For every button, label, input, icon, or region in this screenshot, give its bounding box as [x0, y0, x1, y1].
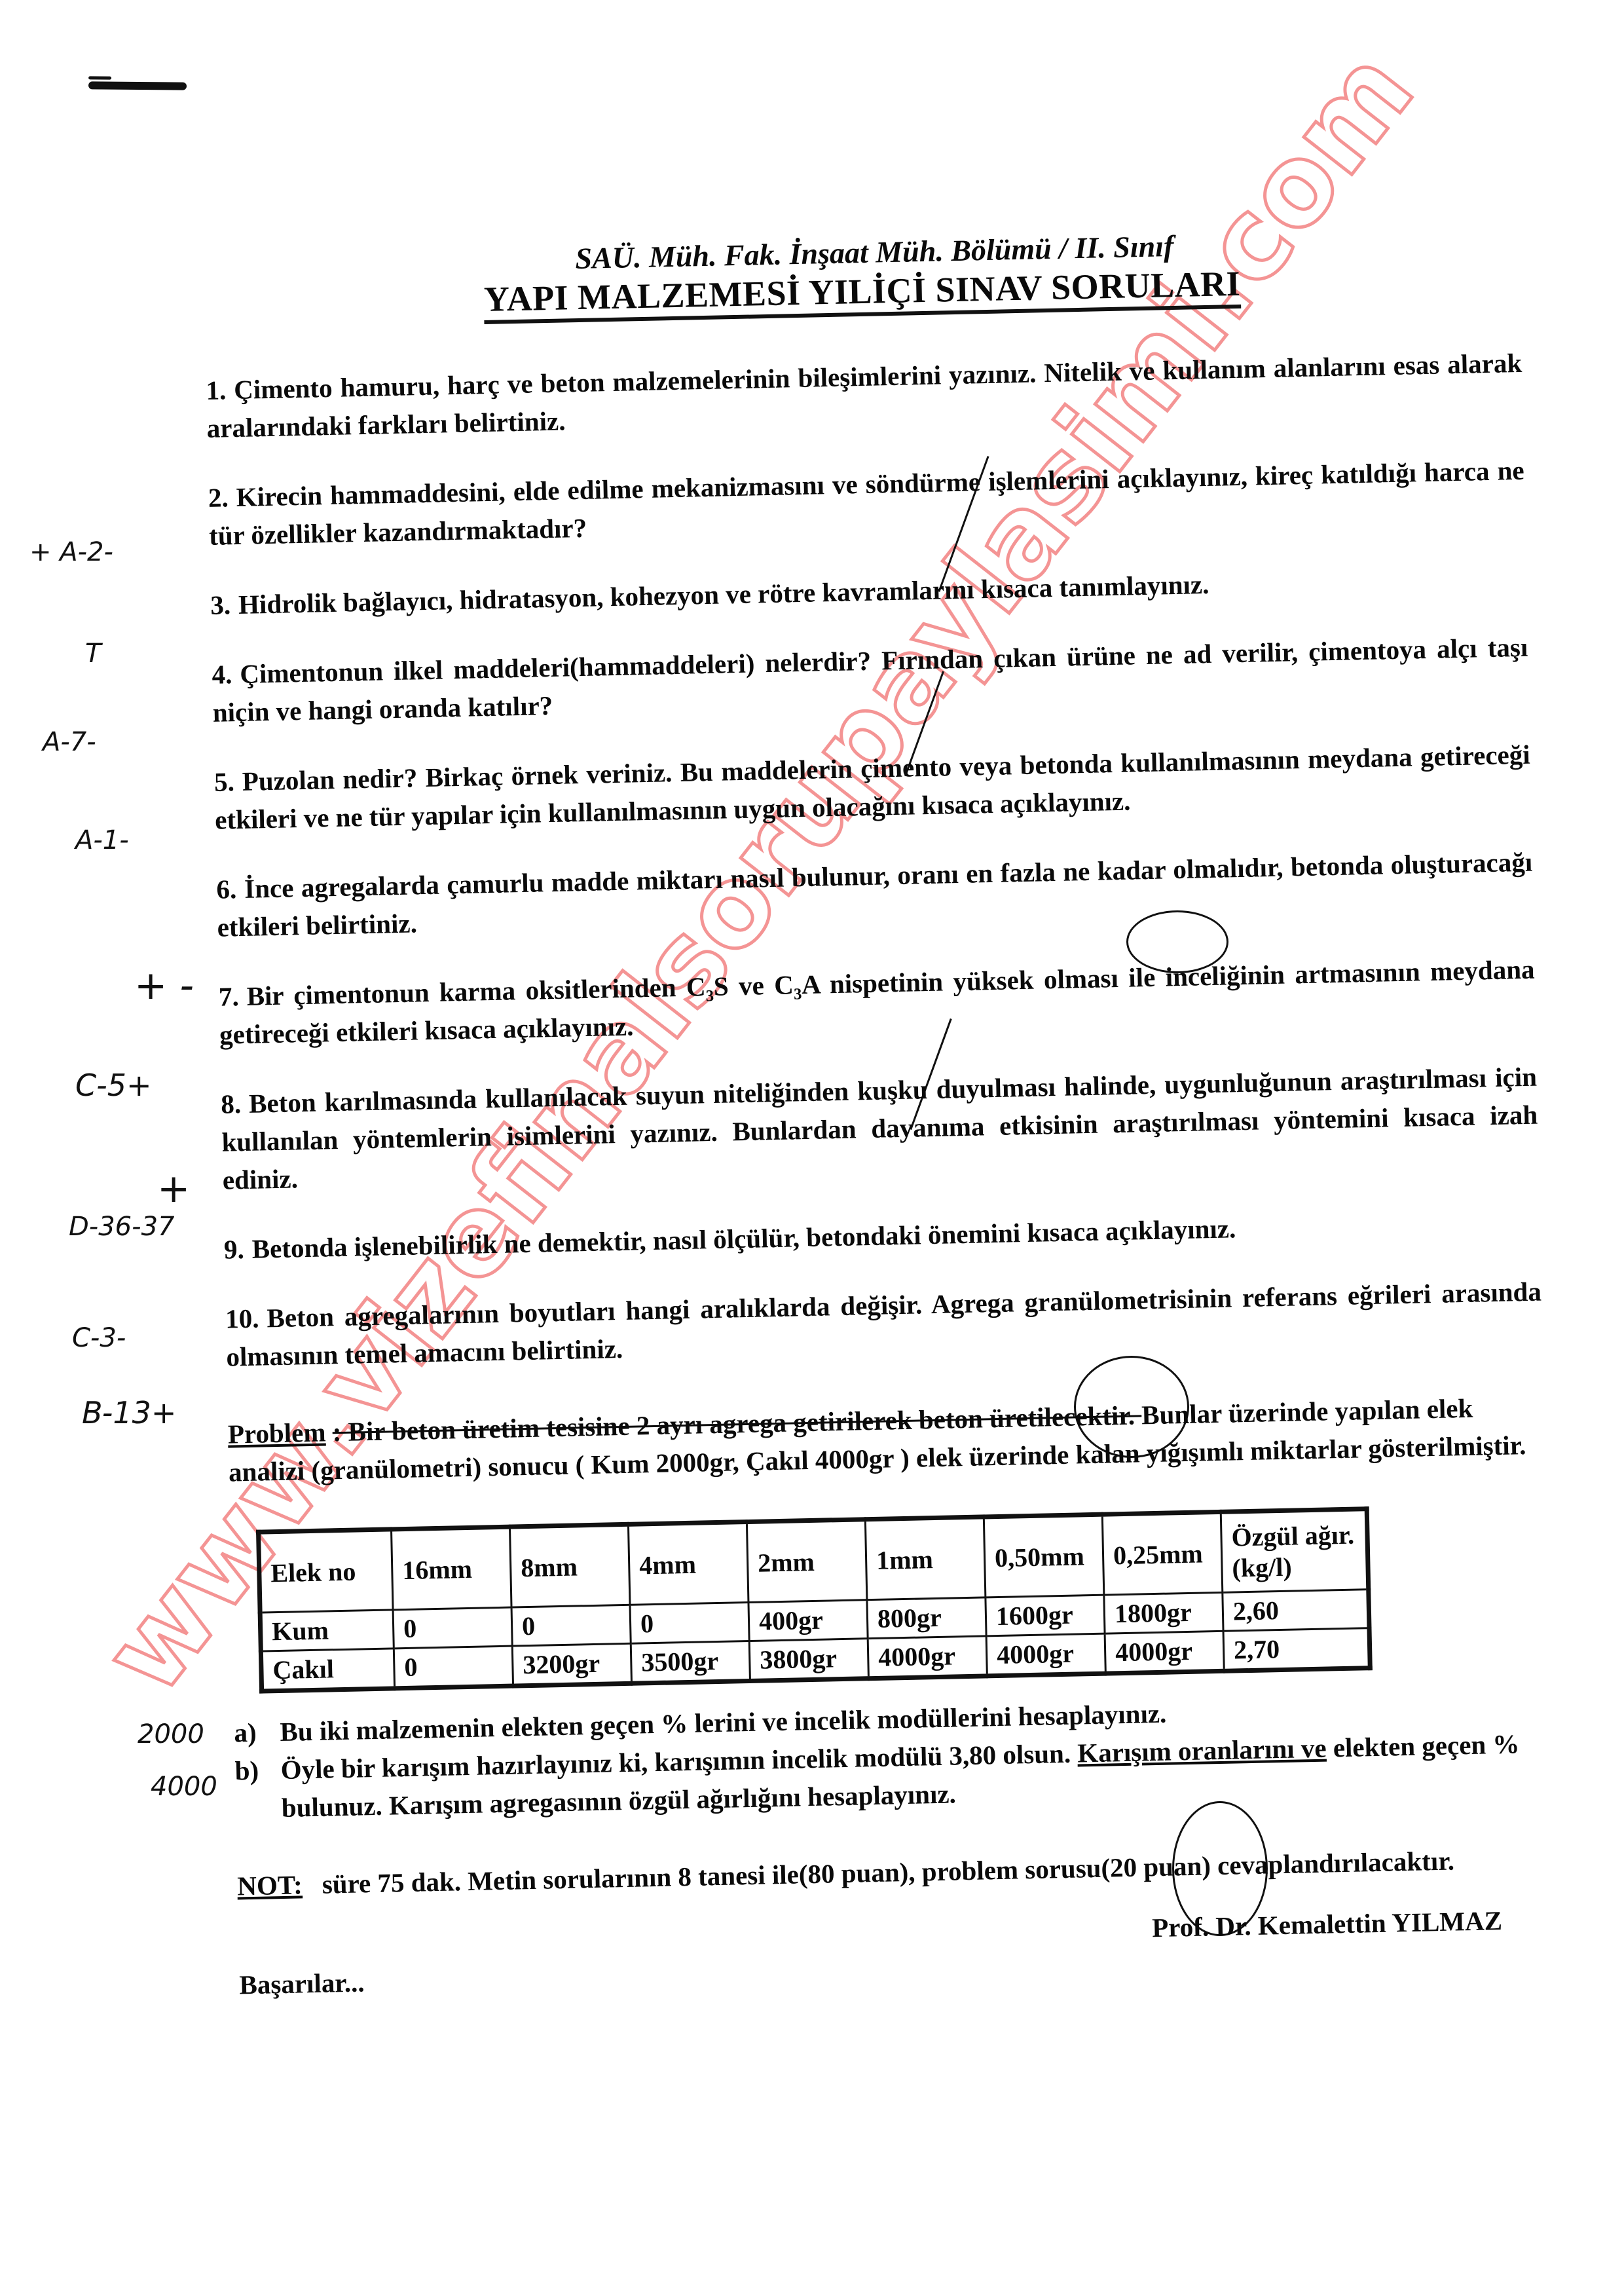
handwritten-note: C-5+ — [75, 1068, 152, 1103]
table-cell: 2,70 — [1223, 1628, 1370, 1671]
sieve-analysis-table: Elek no 16mm 8mm 4mm 2mm 1mm 0,50mm 0,25… — [256, 1506, 1373, 1694]
table-cell: 4000gr — [868, 1636, 987, 1679]
scan-artifact — [88, 81, 187, 90]
table-header: 8mm — [509, 1524, 630, 1607]
handwritten-note: D-36-37 — [69, 1212, 174, 1242]
handwritten-note: + — [157, 1166, 190, 1212]
question-5: 5.Puzolan nedir? Birkaç örnek veriniz. B… — [213, 736, 1531, 839]
table-cell: 0 — [630, 1603, 749, 1644]
problem-label: Problem — [227, 1417, 325, 1449]
exam-content: SAÜ. Müh. Fak. İnşaat Müh. Bölümü / II. … — [203, 221, 1556, 2001]
table-cell: 3200gr — [512, 1643, 631, 1686]
handwritten-note: T — [85, 639, 101, 669]
table-cell: 0 — [394, 1646, 513, 1689]
question-6: 6.İnce agregalarda çamurlu madde miktarı… — [216, 843, 1534, 946]
question-9: 9.Betonda işlenebilirlik ne demektir, na… — [223, 1203, 1540, 1269]
question-3: 3.Hidrolik bağlayıcı, hidratasyon, kohez… — [210, 559, 1527, 624]
table-cell: 4000gr — [986, 1633, 1105, 1676]
problem-tasks: a) Bu iki malzemenin elekten geçen % ler… — [234, 1686, 1552, 1827]
handwritten-note: 4000 — [151, 1772, 217, 1802]
table-cell: 0 — [511, 1605, 631, 1646]
question-10: 10.Beton agregalarının boyutları hangi a… — [225, 1273, 1543, 1376]
table-header: 4mm — [628, 1522, 748, 1605]
note-label: NOT: — [237, 1869, 303, 1901]
table-cell: 3800gr — [749, 1639, 868, 1681]
table-cell: Kum — [260, 1610, 394, 1651]
table-header: 1mm — [865, 1517, 986, 1600]
table-header: 0,25mm — [1102, 1512, 1223, 1595]
table-cell: Çakıl — [261, 1649, 394, 1691]
handwritten-note: C-3- — [72, 1323, 126, 1353]
table-cell: 400gr — [748, 1600, 868, 1641]
problem-statement: Problem : Bir beton üretim tesisine 2 ay… — [227, 1388, 1545, 1491]
table-header: Özgül ağır.(kg/l) — [1221, 1509, 1369, 1593]
table-header: 16mm — [392, 1527, 512, 1610]
handwritten-note: A-1- — [75, 825, 129, 855]
table-header: 0,50mm — [984, 1514, 1104, 1597]
table-cell: 3500gr — [631, 1641, 750, 1683]
table-header: 2mm — [747, 1520, 867, 1603]
note-text: süre 75 dak. Metin sorularının 8 tanesi … — [322, 1846, 1454, 1899]
table-cell: 0 — [393, 1607, 512, 1649]
question-7: 7.Bir çimentonun karma oksitlerinden C₃S… — [218, 950, 1536, 1054]
question-1: 1.Çimento hamuru, harç ve beton malzemel… — [206, 344, 1523, 447]
exam-note: NOT:süre 75 dak. Metin sorularının 8 tan… — [237, 1839, 1554, 1905]
table-cell: 1600gr — [986, 1595, 1105, 1636]
table-cell: 4000gr — [1105, 1631, 1224, 1673]
question-2: 2.Kirecin hammaddesini, elde edilme meka… — [208, 451, 1525, 555]
table-cell: 2,60 — [1223, 1590, 1369, 1632]
table-cell: 800gr — [867, 1597, 986, 1639]
handwritten-note: + A-2- — [29, 537, 113, 567]
handwritten-note: + - — [134, 963, 194, 1009]
question-4: 4.Çimentonun ilkel maddeleri(hammaddeler… — [212, 628, 1529, 732]
table-cell: 1800gr — [1104, 1592, 1223, 1633]
table-header: Elek no — [259, 1529, 394, 1613]
handwritten-note: B-13+ — [82, 1395, 176, 1430]
question-8: 8.Beton karılmasında kullanılacak suyun … — [221, 1058, 1539, 1199]
handwritten-note: 2000 — [138, 1719, 204, 1749]
handwritten-note: A-7- — [43, 727, 96, 757]
exam-page: www.vizefinalsorupaylasimi.com + A-2- T … — [0, 0, 1624, 2295]
